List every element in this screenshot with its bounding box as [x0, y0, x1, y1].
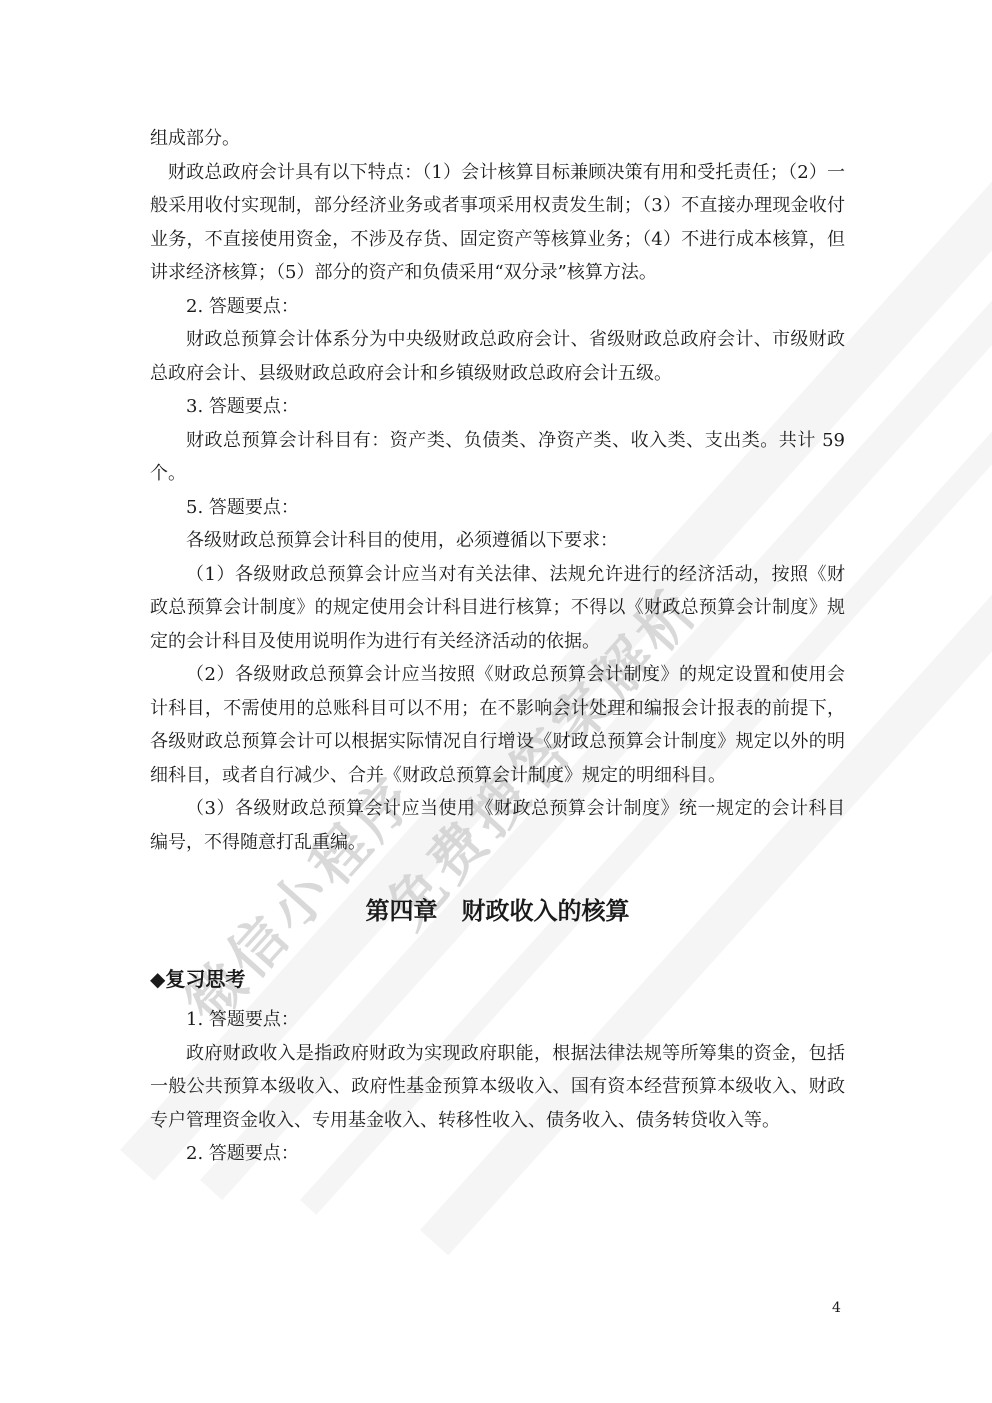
paragraph-requirement-2: （2）各级财政总预算会计应当按照《财政总预算会计制度》的规定设置和使用会计科目，… — [150, 658, 845, 792]
paragraph-continuation: 组成部分。 — [150, 122, 845, 156]
answer-heading-2b: 2. 答题要点： — [150, 1137, 845, 1171]
paragraph-requirement-3: （3）各级财政总预算会计应当使用《财政总预算会计制度》统一规定的会计科目编号，不… — [150, 792, 845, 859]
answer-heading-5: 5. 答题要点： — [150, 491, 845, 525]
paragraph-requirement-1: （1）各级财政总预算会计应当对有关法律、法规允许进行的经济活动，按照《财政总预算… — [150, 558, 845, 659]
paragraph-requirements-intro: 各级财政总预算会计科目的使用，必须遵循以下要求： — [150, 524, 845, 558]
paragraph-accounts: 财政总预算会计科目有：资产类、负债类、净资产类、收入类、支出类。共计 59 个。 — [150, 424, 845, 491]
answer-heading-1: 1. 答题要点： — [150, 1003, 845, 1037]
answer-heading-2: 2. 答题要点： — [150, 290, 845, 324]
paragraph-revenue-definition: 政府财政收入是指政府财政为实现政府职能，根据法律法规等所筹集的资金，包括一般公共… — [150, 1037, 845, 1138]
page-number: 4 — [832, 1300, 841, 1316]
answer-heading-3: 3. 答题要点： — [150, 390, 845, 424]
chapter-title: 第四章 财政收入的核算 — [150, 891, 845, 931]
paragraph-levels: 财政总预算会计体系分为中央级财政总政府会计、省级财政总政府会计、市级财政总政府会… — [150, 323, 845, 390]
document-page: 组成部分。 财政总政府会计具有以下特点：（1）会计核算目标兼顾决策有用和受托责任… — [150, 122, 845, 1171]
paragraph-features: 财政总政府会计具有以下特点：（1）会计核算目标兼顾决策有用和受托责任；（2）一般… — [150, 156, 845, 290]
section-title: ◆复习思考 — [150, 961, 845, 997]
